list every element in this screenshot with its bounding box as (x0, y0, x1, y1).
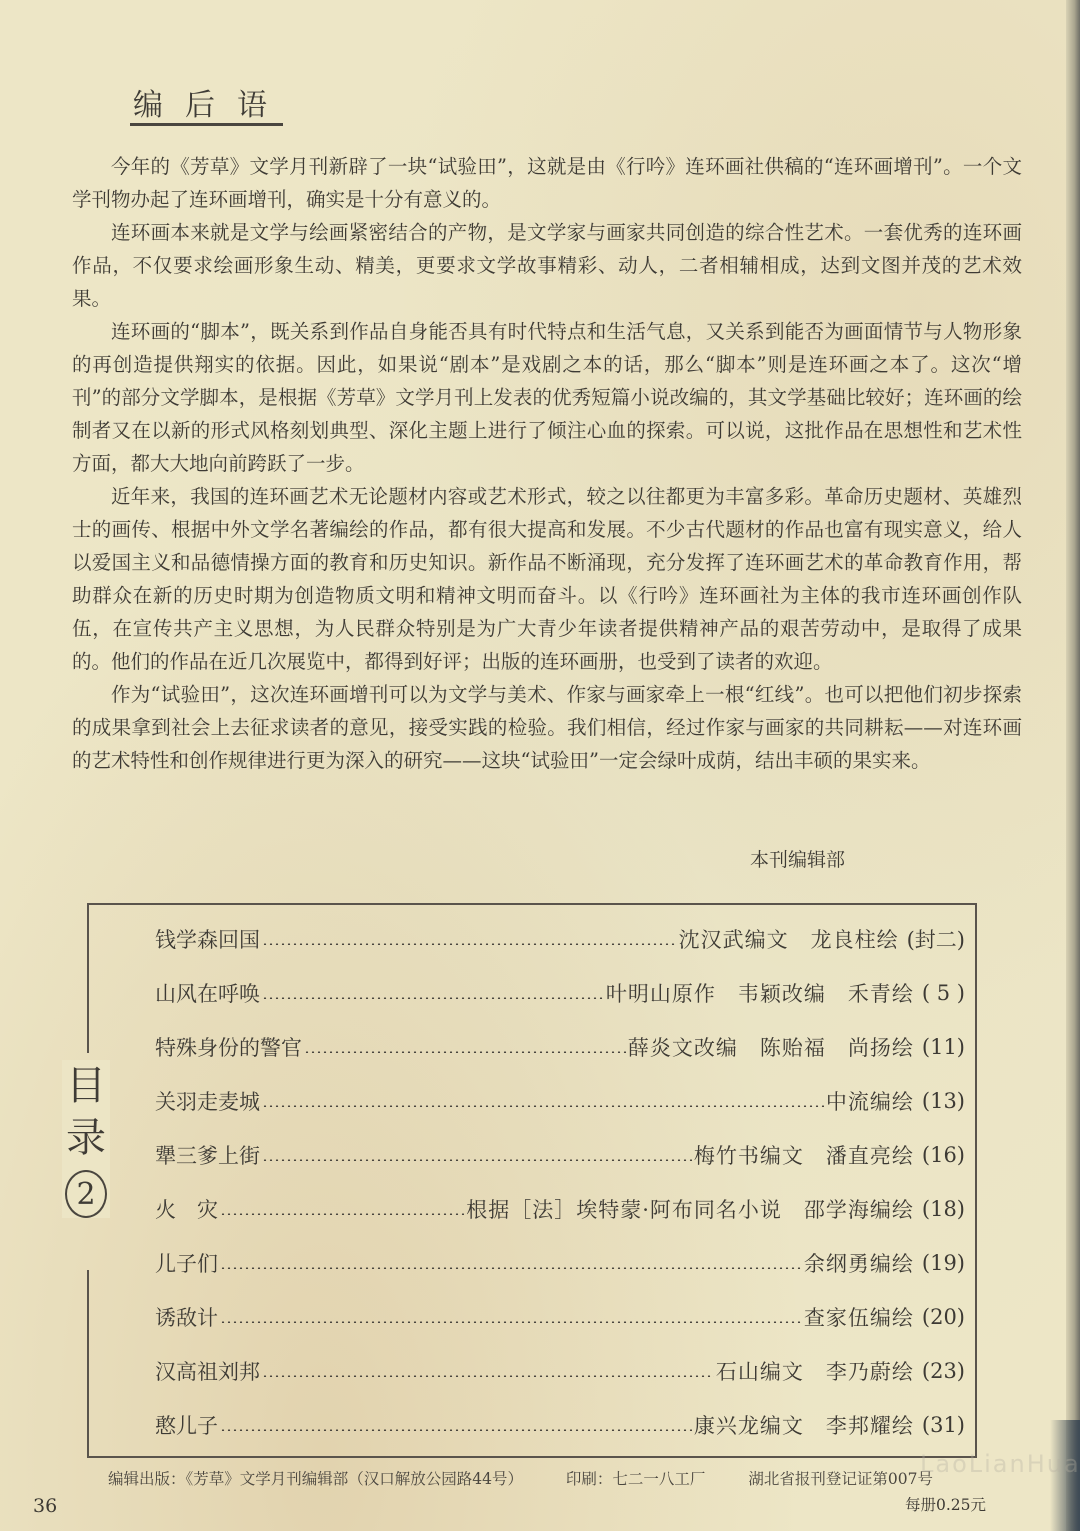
leader-dots (220, 1267, 802, 1269)
editorial-paragraph: 今年的《芳草》文学月刊新辟了一块“试验田”，这就是由《行吟》连环画社供稿的“连环… (72, 150, 1022, 216)
page-edge-shadow (1066, 0, 1080, 1531)
toc-entry-page: (封二) (907, 924, 965, 954)
leader-dots (304, 1051, 626, 1053)
toc-entry-credits: 中流编绘 (826, 1086, 914, 1116)
toc-entry-credits: 余纲勇编绘 (804, 1248, 914, 1278)
toc-entry-title: 火 灾 (155, 1194, 218, 1224)
toc-entry-credits: 康兴龙编文 李邦耀绘 (694, 1410, 914, 1440)
toc-entry-page: (23) (922, 1359, 965, 1383)
toc-entry-page: (18) (922, 1197, 965, 1221)
toc-entry-page: (31) (922, 1413, 965, 1437)
toc-entry[interactable]: 山风在呼唤 叶明山原作 韦颖改编 禾青绘 ( 5 ) (155, 966, 965, 1020)
toc-entry-title: 钱学森回国 (155, 924, 260, 954)
leader-dots (262, 943, 677, 945)
toc-entry-credits: 梅竹书编文 潘直亮绘 (694, 1140, 914, 1170)
toc-entry[interactable]: 关羽走麦城 中流编绘 (13) (155, 1074, 965, 1128)
toc-entry-title: 特殊身份的警官 (155, 1032, 302, 1062)
toc-entry-title: 诱敌计 (155, 1302, 218, 1332)
toc-list: 钱学森回国 沈汉武编文 龙良柱绘 (封二) 山风在呼唤 叶明山原作 韦颖改编 禾… (155, 912, 965, 1452)
toc-entry[interactable]: 犟三爹上街 梅竹书编文 潘直亮绘 (16) (155, 1128, 965, 1182)
toc-entry[interactable]: 火 灾 根据［法］埃特蒙·阿布同名小说 邵学海编绘 (18) (155, 1182, 965, 1236)
toc-entry-credits: 根据［法］埃特蒙·阿布同名小说 邵学海编绘 (466, 1194, 914, 1224)
toc-frame-left-top (87, 903, 89, 1053)
toc-heading-char: 录 (66, 1112, 106, 1164)
title-underline (130, 123, 283, 126)
toc-entry-page: (20) (922, 1305, 965, 1329)
imprint-line: 编辑出版：《芳草》文学月刊编辑部（汉口解放公园路44号） 印刷：七二一八工厂 湖… (108, 1467, 971, 1489)
leader-dots (220, 1321, 802, 1323)
toc-entry-page: (16) (922, 1143, 965, 1167)
toc-entry-title: 汉高祖刘邦 (155, 1356, 260, 1386)
toc-entry[interactable]: 诱敌计 查家伍编绘 (20) (155, 1290, 965, 1344)
toc-entry-credits: 叶明山原作 韦颖改编 禾青绘 (606, 978, 914, 1008)
publisher-info: 编辑出版：《芳草》文学月刊编辑部（汉口解放公园路44号） (108, 1470, 523, 1488)
toc-heading-char: 目 (66, 1060, 106, 1112)
editorial-paragraph: 连环画的“脚本”，既关系到作品自身能否具有时代特点和生活气息，又关系到能否为画面… (72, 315, 1022, 480)
price-label: 每册0.25元 (905, 1493, 986, 1515)
editorial-body: 今年的《芳草》文学月刊新辟了一块“试验田”，这就是由《行吟》连环画社供稿的“连环… (72, 150, 1022, 777)
editorial-signature: 本刊编辑部 (750, 845, 845, 872)
toc-entry-page: (19) (922, 1251, 965, 1275)
leader-dots (262, 997, 604, 999)
leader-dots (262, 1159, 692, 1161)
editorial-title: 编后语 (133, 80, 289, 124)
toc-entry-title: 憨儿子 (155, 1410, 218, 1440)
editorial-paragraph: 作为“试验田”，这次连环画增刊可以为文学与美术、作家与画家牵上一根“红线”。也可… (72, 678, 1022, 777)
toc-entry-page: (11) (922, 1035, 965, 1059)
toc-entry-title: 山风在呼唤 (155, 978, 260, 1008)
leader-dots (220, 1429, 692, 1431)
leader-dots (262, 1105, 824, 1107)
toc-entry[interactable]: 汉高祖刘邦 石山编文 李乃蔚绘 (23) (155, 1344, 965, 1398)
toc-entry-title: 关羽走麦城 (155, 1086, 260, 1116)
toc-entry-credits: 沈汉武编文 龙良柱绘 (679, 924, 899, 954)
page-number: 36 (33, 1495, 57, 1517)
toc-entry[interactable]: 憨儿子 康兴龙编文 李邦耀绘 (31) (155, 1398, 965, 1452)
toc-heading: 目 录 2 (62, 1060, 110, 1218)
watermark: LaoLianHuan.Com (920, 1450, 1080, 1478)
toc-entry-credits: 薛炎文改编 陈贻福 尚扬绘 (628, 1032, 914, 1062)
toc-entry[interactable]: 特殊身份的警官 薛炎文改编 陈贻福 尚扬绘 (11) (155, 1020, 965, 1074)
toc-entry-title: 儿子们 (155, 1248, 218, 1278)
toc-entry-title: 犟三爹上街 (155, 1140, 260, 1170)
toc-entry-page: ( 5 ) (922, 981, 965, 1005)
toc-entry[interactable]: 儿子们 余纲勇编绘 (19) (155, 1236, 965, 1290)
toc-entry[interactable]: 钱学森回国 沈汉武编文 龙良柱绘 (封二) (155, 912, 965, 966)
leader-dots (262, 1375, 714, 1377)
toc-entry-page: (13) (922, 1089, 965, 1113)
registration-info: 湖北省报刊登记证第007号 (748, 1470, 933, 1488)
printer-info: 印刷：七二一八工厂 (566, 1470, 706, 1488)
toc-entry-credits: 石山编文 李乃蔚绘 (716, 1356, 914, 1386)
editorial-paragraph: 近年来，我国的连环画艺术无论题材内容或艺术形式，较之以往都更为丰富多彩。革命历史… (72, 480, 1022, 678)
issue-number-circle: 2 (65, 1170, 107, 1218)
leader-dots (220, 1213, 464, 1215)
toc-frame-left-bottom (87, 1270, 89, 1456)
editorial-paragraph: 连环画本来就是文学与绘画紧密结合的产物，是文学家与画家共同创造的综合性艺术。一套… (72, 216, 1022, 315)
toc-entry-credits: 查家伍编绘 (804, 1302, 914, 1332)
